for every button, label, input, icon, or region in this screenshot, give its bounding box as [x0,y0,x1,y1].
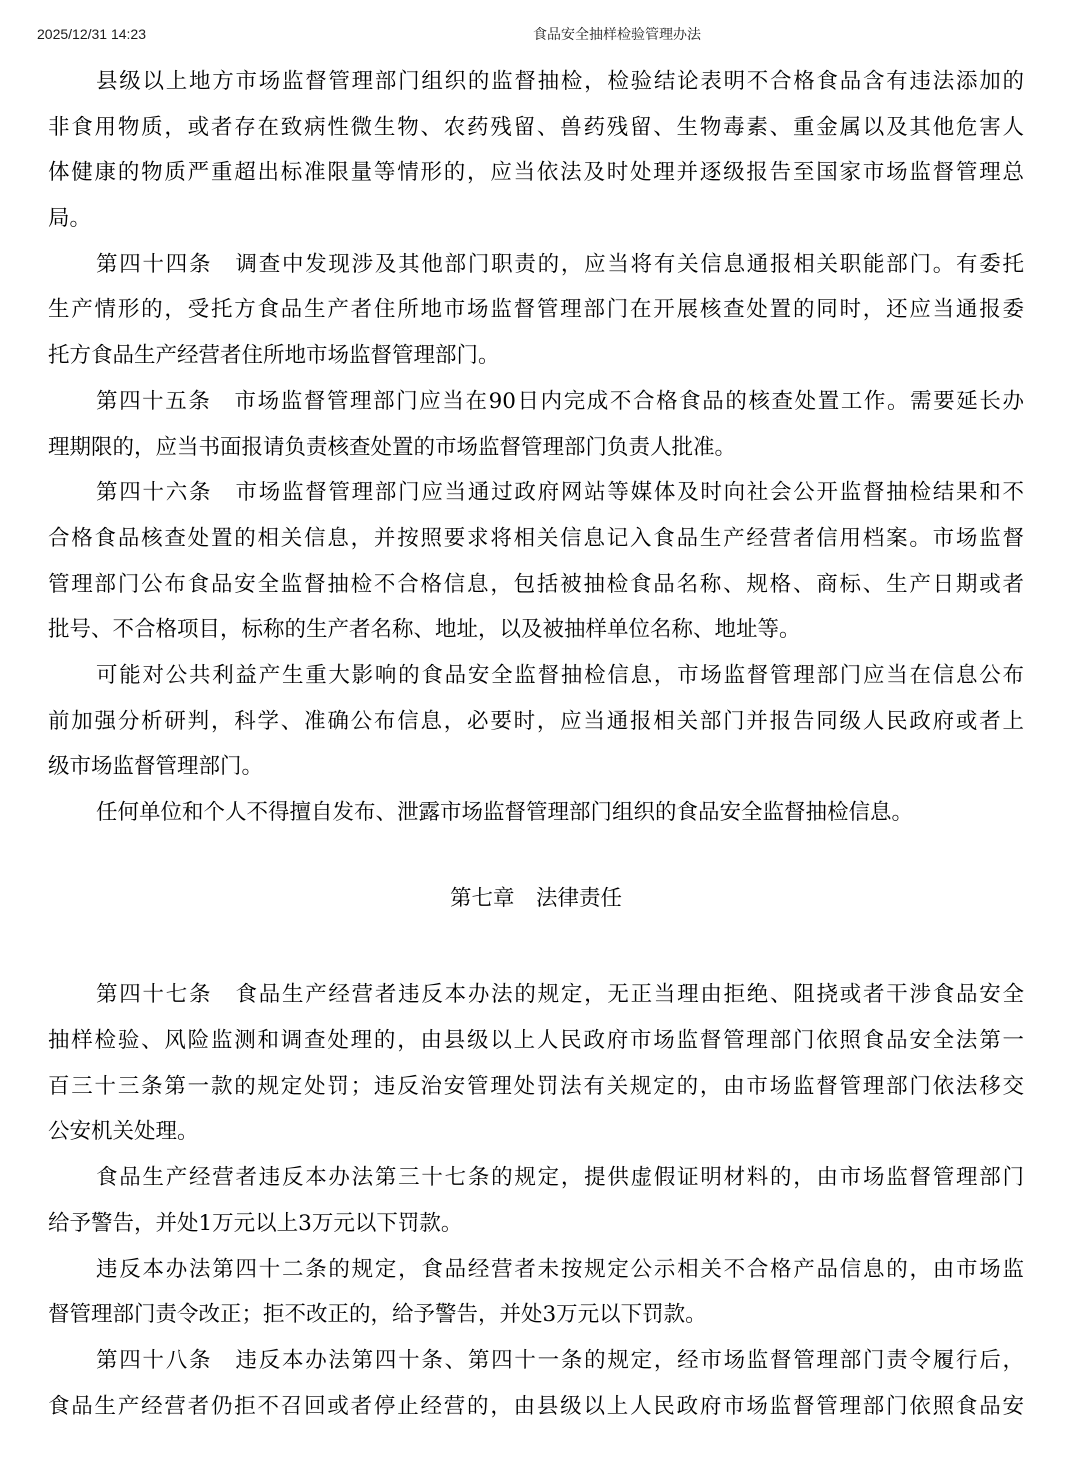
paragraph: 可能对公共利益产生重大影响的食品安全监督抽检信息，市场监督管理部门应当在信息公布… [48,653,1024,790]
document-body: 县级以上地方市场监督管理部门组织的监督抽检，检验结论表明不合格食品含有违法添加的… [48,59,1024,1429]
text-line: 合格食品核查处置的相关信息，并按照要求将相关信息记入食品生产经营者信用档案。市场… [48,516,1024,562]
text-line: 前加强分析研判，科学、准确公布信息，必要时，应当通报相关部门并报告同级人民政府或… [48,699,1024,745]
text-line: 第四十六条 市场监督管理部门应当通过政府网站等媒体及时向社会公开监督抽检结果和不 [48,470,1024,516]
paragraph: 县级以上地方市场监督管理部门组织的监督抽检，检验结论表明不合格食品含有违法添加的… [48,59,1024,242]
paragraph: 违反本办法第四十二条的规定，食品经营者未按规定公示相关不合格产品信息的，由市场监… [48,1247,1024,1338]
paragraph: 第四十六条 市场监督管理部门应当通过政府网站等媒体及时向社会公开监督抽检结果和不… [48,470,1024,653]
text-line: 第四十七条 食品生产经营者违反本办法的规定，无正当理由拒绝、阻挠或者干涉食品安全 [48,972,1024,1018]
paragraph: 食品生产经营者违反本办法第三十七条的规定，提供虚假证明材料的，由市场监督管理部门… [48,1155,1024,1246]
text-line: 非食用物质，或者存在致病性微生物、农药残留、兽药残留、生物毒素、重金属以及其他危… [48,105,1024,151]
text-line: 违反本办法第四十二条的规定，食品经营者未按规定公示相关不合格产品信息的，由市场监 [48,1247,1024,1293]
text-line: 第四十五条 市场监督管理部门应当在90日内完成不合格食品的核查处置工作。需要延长… [48,379,1024,425]
chapter-heading: 第七章 法律责任 [48,876,1024,922]
text-line: 局。 [48,196,1024,242]
print-header: 2025/12/31 14:23 食品安全抽样检验管理办法 [0,26,1074,42]
text-line: 体健康的物质严重超出标准限量等情形的，应当依法及时处理并逐级报告至国家市场监督管… [48,150,1024,196]
text-line: 可能对公共利益产生重大影响的食品安全监督抽检信息，市场监督管理部门应当在信息公布 [48,653,1024,699]
paragraph: 第四十五条 市场监督管理部门应当在90日内完成不合格食品的核查处置工作。需要延长… [48,379,1024,470]
text-line: 食品生产经营者仍拒不召回或者停止经营的，由县级以上人民政府市场监督管理部门依照食… [48,1384,1024,1430]
text-line: 县级以上地方市场监督管理部门组织的监督抽检，检验结论表明不合格食品含有违法添加的 [48,59,1024,105]
text-line: 督管理部门责令改正；拒不改正的，给予警告，并处3万元以下罚款。 [48,1292,1024,1338]
print-page: 2025/12/31 14:23 食品安全抽样检验管理办法 县级以上地方市场监督… [0,0,1074,1463]
paragraph: 第四十七条 食品生产经营者违反本办法的规定，无正当理由拒绝、阻挠或者干涉食品安全… [48,972,1024,1155]
text-line: 理期限的，应当书面报请负责核查处置的市场监督管理部门负责人批准。 [48,425,1024,471]
text-line: 抽样检验、风险监测和调查处理的，由县级以上人民政府市场监督管理部门依照食品安全法… [48,1018,1024,1064]
text-line: 第四十四条 调查中发现涉及其他部门职责的，应当将有关信息通报相关职能部门。有委托 [48,242,1024,288]
print-doc-title: 食品安全抽样检验管理办法 [533,26,701,42]
paragraph: 第四十四条 调查中发现涉及其他部门职责的，应当将有关信息通报相关职能部门。有委托… [48,242,1024,379]
text-line: 给予警告，并处1万元以上3万元以下罚款。 [48,1201,1024,1247]
text-line: 托方食品生产经营者住所地市场监督管理部门。 [48,333,1024,379]
text-line: 食品生产经营者违反本办法第三十七条的规定，提供虚假证明材料的，由市场监督管理部门 [48,1155,1024,1201]
paragraph: 任何单位和个人不得擅自发布、泄露市场监督管理部门组织的食品安全监督抽检信息。 [48,790,1024,836]
print-timestamp: 2025/12/31 14:23 [37,26,146,42]
text-line: 公安机关处理。 [48,1109,1024,1155]
text-line: 第四十八条 违反本办法第四十条、第四十一条的规定，经市场监督管理部门责令履行后， [48,1338,1024,1384]
text-line: 任何单位和个人不得擅自发布、泄露市场监督管理部门组织的食品安全监督抽检信息。 [48,790,1024,836]
text-line: 百三十三条第一款的规定处罚；违反治安管理处罚法有关规定的，由市场监督管理部门依法… [48,1064,1024,1110]
text-line: 批号、不合格项目，标称的生产者名称、地址，以及被抽样单位名称、地址等。 [48,607,1024,653]
text-line: 管理部门公布食品安全监督抽检不合格信息，包括被抽检食品名称、规格、商标、生产日期… [48,562,1024,608]
text-line: 级市场监督管理部门。 [48,744,1024,790]
paragraph: 第四十八条 违反本办法第四十条、第四十一条的规定，经市场监督管理部门责令履行后，… [48,1338,1024,1429]
text-line: 生产情形的，受托方食品生产者住所地市场监督管理部门在开展核查处置的同时，还应当通… [48,287,1024,333]
